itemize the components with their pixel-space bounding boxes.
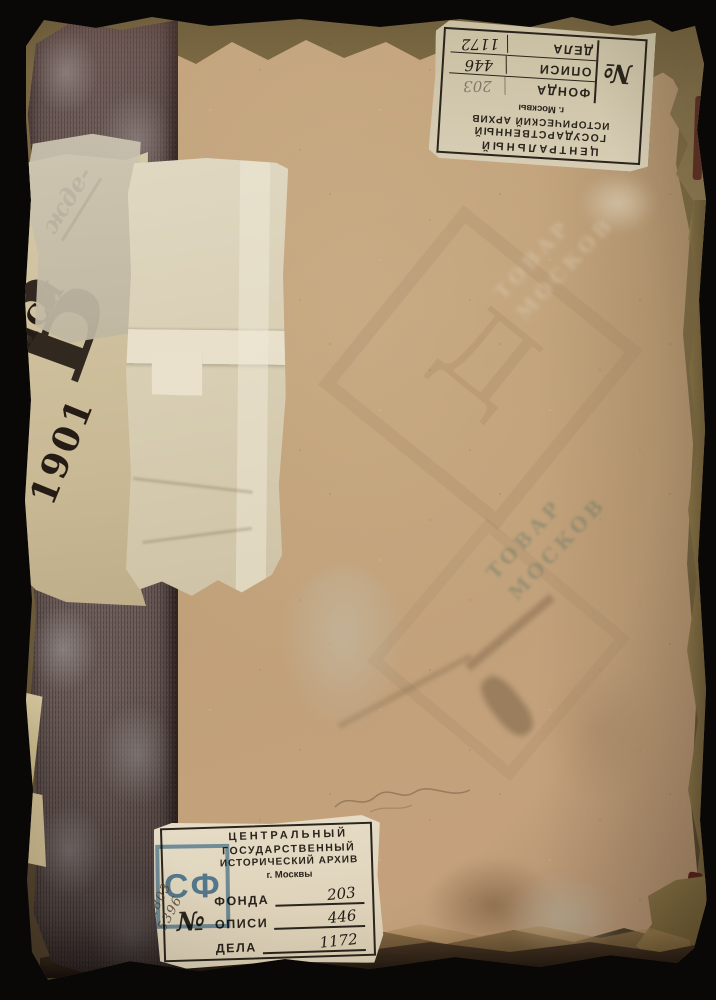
- fond-label: ФОНДА: [505, 81, 591, 100]
- label-header: ЦЕНТРАЛЬНЫЙ ГОСУДАРСТВЕННЫЙ ИСТОРИЧЕСКИЙ…: [445, 96, 636, 160]
- opis-value: 446: [452, 56, 507, 74]
- fond-value: 203: [327, 883, 357, 904]
- faint-pencil-scribble: [330, 772, 480, 822]
- delo-value: 1172: [319, 930, 359, 952]
- delo-label: ДЕЛА: [216, 940, 257, 955]
- archival-book-cover: Д ТОВАР МОСКОВ ТОВАР МОСКОВ: [0, 0, 716, 1000]
- delo-row: ДЕЛА 1172: [211, 928, 368, 956]
- archive-stamp-label-top: ЦЕНТРАЛЬНЫЙ ГОСУДАРСТВЕННЫЙ ИСТОРИЧЕСКИЙ…: [428, 19, 656, 172]
- fore-edge-sliver: [693, 96, 705, 180]
- label-border-box: ЦЕНТРАЛЬНЫЙ ГОСУДАРСТВЕННЫЙ ИСТОРИЧЕСКИЙ…: [436, 27, 647, 165]
- opis-label: ОПИСИ: [506, 60, 592, 79]
- fond-value: 203: [450, 77, 505, 95]
- opis-value: 446: [327, 907, 357, 928]
- delo-value: 1172: [453, 35, 508, 53]
- spine-year: 1901: [22, 391, 103, 511]
- water-stain: [545, 665, 655, 795]
- paper-crease: [133, 477, 253, 494]
- paper-patch-large: [122, 153, 289, 597]
- number-sign: №: [594, 40, 640, 105]
- delo-label: ДЕЛА: [508, 38, 594, 57]
- photo-backdrop: Д ТОВАР МОСКОВ ТОВАР МОСКОВ: [0, 0, 716, 1000]
- water-stain: [278, 566, 408, 736]
- paper-scrap: [148, 346, 206, 401]
